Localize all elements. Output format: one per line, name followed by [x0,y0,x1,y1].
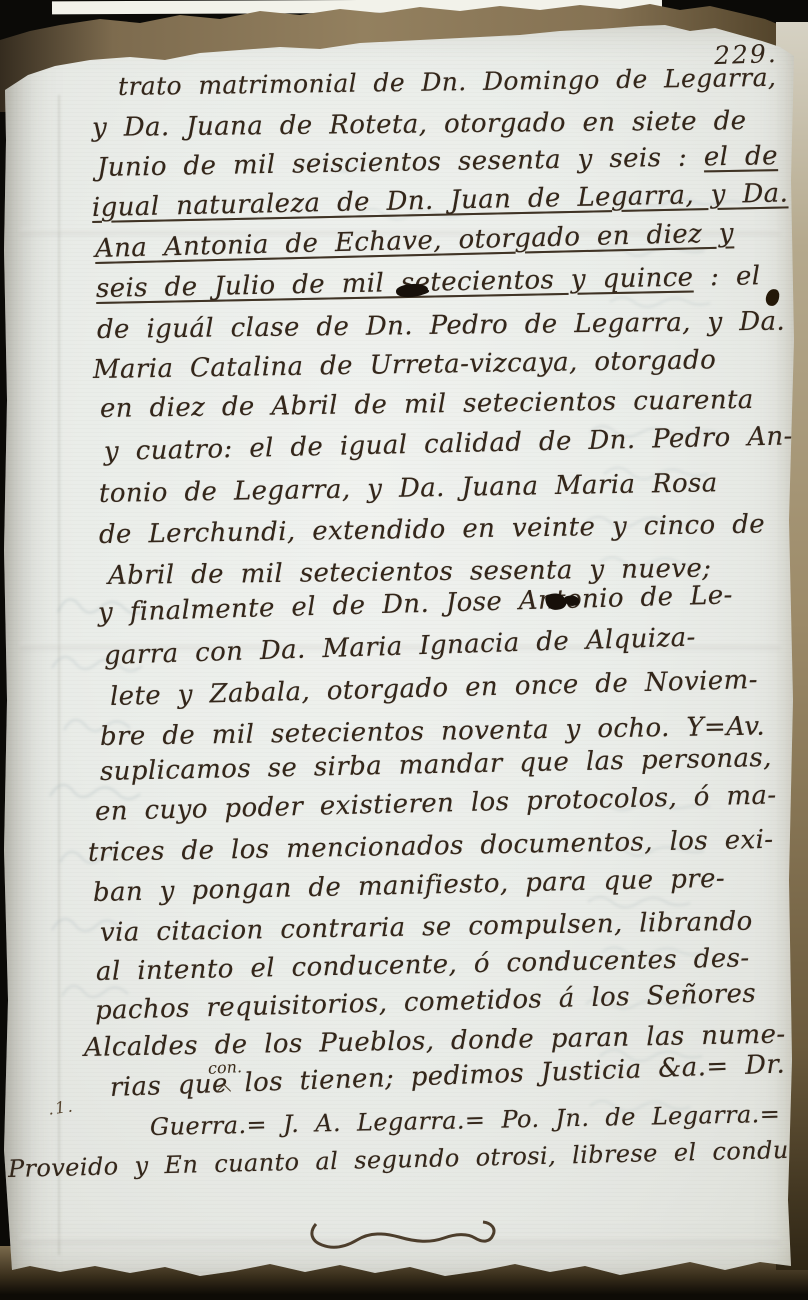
manuscript-line: ban y pongan de manifiesto, para que pre… [93,864,726,908]
manuscript-line: Ana Antonia de Echave, otorgado en diez … [95,218,735,264]
closing-flourish [312,1222,494,1247]
line-text: en diez de Abril de mil setecientos cuar… [100,385,754,424]
line-text: Maria Catalina de Urreta-vizcaya, otorga… [93,345,717,385]
margin-mark: .1. [47,1096,76,1118]
line-text: Junio de mil seiscientos sesenta y seis … [97,142,704,183]
line-text: en cuyo poder existieren los protocolos,… [95,780,777,827]
manuscript-line: Junio de mil seiscientos sesenta y seis … [97,141,778,183]
manuscript-line: igual naturaleza de Dn. Juan de Legarra,… [92,178,789,223]
manuscript-line: pachos requisitorios, cometidos á los Se… [95,979,757,1026]
horizontal-crease [20,1236,780,1243]
line-text: lete y Zabala, otorgado en once de Novie… [110,665,759,712]
vertical-crease [58,95,60,1255]
line-text: via citacion contraria se compulsen, lib… [100,907,753,948]
line-text: tonio de Legarra, y Da. Juana Maria Rosa [99,468,718,509]
manuscript-line: y Da. Juana de Roteta, otorgado en siete… [92,106,747,143]
manuscript-line: tonio de Legarra, y Da. Juana Maria Rosa [99,468,718,509]
manuscript-line: trices de los mencionados documentos, lo… [88,825,774,868]
manuscript-line: de Lerchundi, extendido en veinte y cinc… [99,510,766,550]
underlined-text: Ana Antonia de Echave, otorgado en diez … [95,218,735,264]
manuscript-line: de iguál clase de Dn. Pedro de Legarra, … [97,307,785,345]
scanned-manuscript: 229. trato matrimonial de Dn. Domingo de… [0,0,808,1300]
line-text: ban y pongan de manifiesto, para que pre… [93,864,726,908]
manuscript-line: Maria Catalina de Urreta-vizcaya, otorga… [93,345,717,385]
manuscript-line: via citacion contraria se compulsen, lib… [100,907,753,948]
line-text: trices de los mencionados documentos, lo… [88,825,774,868]
line-text: y Da. Juana de Roteta, otorgado en siete… [92,106,747,143]
manuscript-line: y cuatro: el de igual calidad de Dn. Ped… [104,421,793,467]
interline-insertion: con. [208,1057,243,1078]
line-text: garra con Da. Maria Ignacia de Alquiza- [104,622,697,671]
line-text: Proveido y En cuanto al segundo otrosi, … [8,1136,798,1183]
manuscript-line: lete y Zabala, otorgado en once de Novie… [110,665,759,712]
underlined-text: el de [704,141,779,172]
line-text: pachos requisitorios, cometidos á los Se… [95,979,757,1026]
manuscript-line: en diez de Abril de mil setecientos cuar… [100,385,754,424]
line-text: y cuatro: el de igual calidad de Dn. Ped… [104,421,793,467]
underlined-text: igual naturaleza de Dn. Juan de Legarra,… [92,178,789,223]
manuscript-line: seis de Julio de mil setecientos y quinc… [96,261,761,304]
manuscript-line: Proveido y En cuanto al segundo otrosi, … [8,1136,798,1183]
line-text: de iguál clase de Dn. Pedro de Legarra, … [97,307,785,345]
manuscript-line: Guerra.= J. A. Legarra.= Po. Jn. de Lega… [150,1100,781,1141]
line-text: de Lerchundi, extendido en veinte y cinc… [99,510,766,550]
paper-sheet: 229. trato matrimonial de Dn. Domingo de… [0,0,808,1300]
ink-blot [765,288,780,307]
line-text: Guerra.= J. A. Legarra.= Po. Jn. de Lega… [150,1100,781,1141]
manuscript-line: en cuyo poder existieren los protocolos,… [95,780,777,827]
manuscript-line: trato matrimonial de Dn. Domingo de Lega… [118,63,777,101]
underlined-text: seis de Julio de mil setecientos y quinc… [96,263,694,304]
manuscript-line: garra con Da. Maria Ignacia de Alquiza- [104,622,697,671]
line-text: : el [693,261,761,292]
line-text: trato matrimonial de Dn. Domingo de Lega… [118,63,777,101]
